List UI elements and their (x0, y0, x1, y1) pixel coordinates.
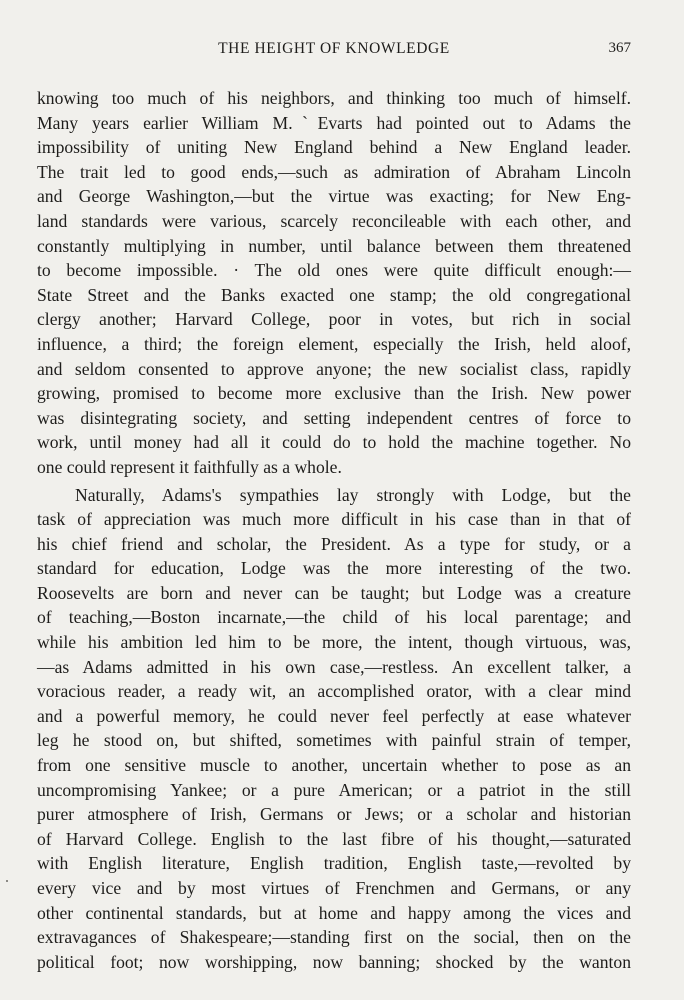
text-line: to become impossible. · The old ones wer… (37, 258, 631, 283)
text-line: clergy another; Harvard College, poor in… (37, 307, 631, 332)
text-line: —as Adams admitted in his own case,—rest… (37, 655, 631, 680)
margin-speck (6, 880, 8, 882)
text-line: extravagances of Shakespeare;—standing f… (37, 925, 631, 950)
text-line: of Harvard College. English to the last … (37, 827, 631, 852)
text-line: work, until money had all it could do to… (37, 430, 631, 455)
text-line: impossibility of uniting New England beh… (37, 135, 631, 160)
text-line: standard for education, Lodge was the mo… (37, 556, 631, 581)
text-line: leg he stood on, but shifted, sometimes … (37, 728, 631, 753)
text-line: knowing too much of his neighbors, and t… (37, 86, 631, 111)
body-text: knowing too much of his neighbors, and t… (37, 86, 631, 974)
running-title: THE HEIGHT OF KNOWLEDGE (37, 40, 631, 58)
text-line: his chief friend and scholar, the Presid… (37, 532, 631, 557)
text-line: purer atmosphere of Irish, Germans or Je… (37, 802, 631, 827)
text-line: voracious reader, a ready wit, an accomp… (37, 679, 631, 704)
text-line: growing, promised to become more exclusi… (37, 381, 631, 406)
paragraph-2: Naturally, Adams's sympathies lay strong… (37, 483, 631, 975)
text-line: other continental standards, but at home… (37, 901, 631, 926)
running-head: THE HEIGHT OF KNOWLEDGE 367 (37, 40, 631, 62)
text-line: influence, a third; the foreign element,… (37, 332, 631, 357)
text-line: task of appreciation was much more diffi… (37, 507, 631, 532)
text-line: from one sensitive muscle to another, un… (37, 753, 631, 778)
text-line: and seldom consented to approve anyone; … (37, 357, 631, 382)
text-line: land standards were various, scarcely re… (37, 209, 631, 234)
text-line: one could represent it faithfully as a w… (37, 455, 631, 480)
text-line: uncompromising Yankee; or a pure America… (37, 778, 631, 803)
text-line: and a powerful memory, he could never fe… (37, 704, 631, 729)
text-line: political foot; now worshipping, now ban… (37, 950, 631, 975)
text-line: was disintegrating society, and setting … (37, 406, 631, 431)
text-line: while his ambition led him to be more, t… (37, 630, 631, 655)
paragraph-1: knowing too much of his neighbors, and t… (37, 86, 631, 480)
text-line: with English literature, English traditi… (37, 851, 631, 876)
text-line: Roosevelts are born and never can be tau… (37, 581, 631, 606)
text-line: Naturally, Adams's sympathies lay strong… (37, 483, 631, 508)
text-line: Many years earlier William M.ˋEvarts had… (37, 111, 631, 136)
page-number: 367 (609, 40, 632, 57)
text-line: constantly multiplying in number, until … (37, 234, 631, 259)
text-line: and George Washington,—but the virtue wa… (37, 184, 631, 209)
text-line: The trait led to good ends,—such as admi… (37, 160, 631, 185)
text-line: State Street and the Banks exacted one s… (37, 283, 631, 308)
text-line: every vice and by most virtues of French… (37, 876, 631, 901)
text-line: of teaching,—Boston incarnate,—the child… (37, 605, 631, 630)
book-page: THE HEIGHT OF KNOWLEDGE 367 knowing too … (0, 0, 684, 1000)
